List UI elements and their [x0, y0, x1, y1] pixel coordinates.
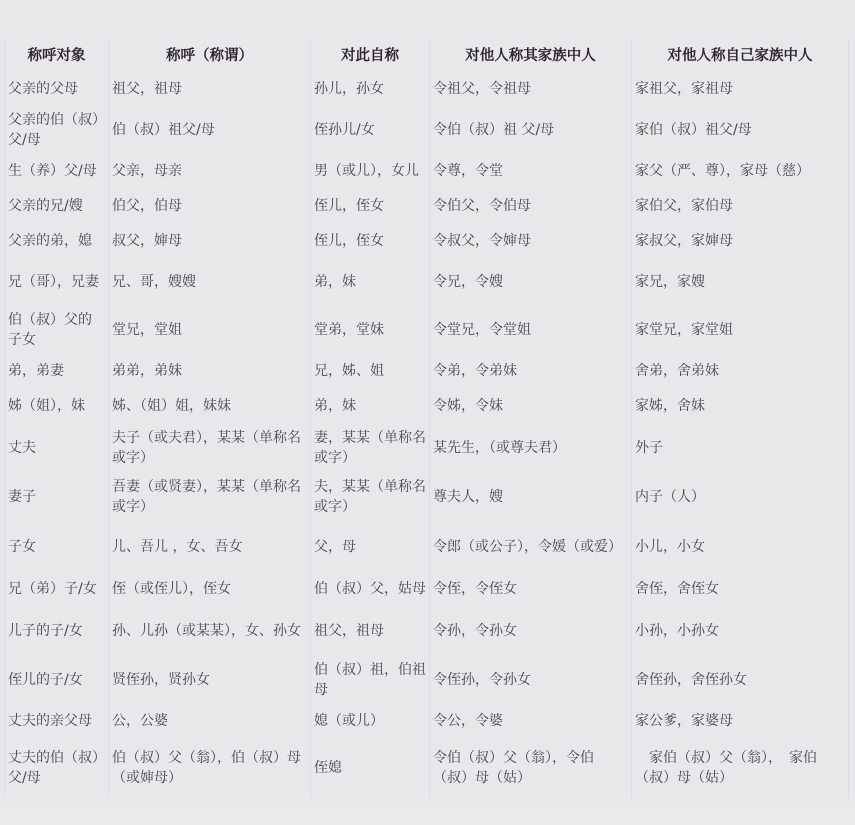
- table-row: 父亲的父母祖父，祖母孙儿，孙女令祖父，令祖母家祖父，家祖母: [5, 72, 849, 106]
- table-row: 侄儿的子/女贤侄孙，贤孙女伯（叔）祖，伯祖母令侄孙，令孙女舍侄孙，舍侄孙女: [5, 656, 849, 704]
- cell-self-reference: 妻，某某（单称名或字）: [311, 424, 430, 472]
- table-row: 父亲的兄/嫂伯父，伯母侄儿，侄女令伯父，令伯母家伯父，家伯母: [5, 188, 849, 224]
- cell-others-family: 令堂兄，令堂姐: [430, 306, 632, 354]
- cell-others-family: 令公，令婆: [430, 704, 632, 738]
- cell-subject: 弟，弟妻: [5, 354, 109, 388]
- cell-self-reference: 祖父，祖母: [311, 606, 430, 656]
- cell-others-family: 令孙，令孙女: [430, 606, 632, 656]
- cell-own-family: 外子: [632, 424, 849, 472]
- cell-subject: 兄（弟）子/女: [5, 572, 109, 606]
- cell-self-reference: 男（或儿），女儿: [311, 154, 430, 188]
- table-row: 丈夫的亲父母公，公婆媳（或儿）令公，令婆家公爹，家婆母: [5, 704, 849, 738]
- cell-self-reference: 侄儿，侄女: [311, 224, 430, 258]
- cell-own-family: 舍弟，舍弟妹: [632, 354, 849, 388]
- cell-others-family: 令弟，令弟妹: [430, 354, 632, 388]
- cell-subject: 父亲的兄/嫂: [5, 188, 109, 224]
- cell-others-family: 令尊，令堂: [430, 154, 632, 188]
- cell-own-family: 家伯父，家伯母: [632, 188, 849, 224]
- cell-address-term: 公，公婆: [109, 704, 311, 738]
- cell-subject: 父亲的父母: [5, 72, 109, 106]
- table-row: 丈夫的伯（叔）父/母伯（叔）父（翁），伯（叔）母（或婶母）侄媳令伯（叔）父（翁）…: [5, 738, 849, 798]
- table-row: 姊（姐），妹姊、（姐）姐，妹妹弟，妹令姊，令妹家姊，舍妹: [5, 388, 849, 424]
- cell-self-reference: 夫，某某（单称名或字）: [311, 472, 430, 522]
- cell-others-family: 尊夫人，嫂: [430, 472, 632, 522]
- header-subject: 称呼对象: [5, 40, 109, 72]
- header-address-term: 称呼（称谓）: [109, 40, 311, 72]
- cell-subject: 丈夫的亲父母: [5, 704, 109, 738]
- cell-subject: 子女: [5, 522, 109, 572]
- cell-address-term: 叔父，婶母: [109, 224, 311, 258]
- cell-subject: 父亲的弟，媳: [5, 224, 109, 258]
- cell-self-reference: 兄，姊、姐: [311, 354, 430, 388]
- cell-subject: 伯（叔）父的子女: [5, 306, 109, 354]
- cell-others-family: 令伯父，令伯母: [430, 188, 632, 224]
- table-header-row: 称呼对象 称呼（称谓） 对此自称 对他人称其家族中人 对他人称自己家族中人: [5, 40, 849, 72]
- cell-own-family: 家公爹，家婆母: [632, 704, 849, 738]
- cell-self-reference: 弟，妹: [311, 388, 430, 424]
- table-row: 弟，弟妻弟弟，弟妹兄，姊、姐令弟，令弟妹舍弟，舍弟妹: [5, 354, 849, 388]
- cell-self-reference: 堂弟，堂妹: [311, 306, 430, 354]
- cell-others-family: 令伯（叔）父（翁），令伯（叔）母（姑）: [430, 738, 632, 798]
- header-others-family: 对他人称其家族中人: [430, 40, 632, 72]
- cell-others-family: 令姊，令妹: [430, 388, 632, 424]
- cell-self-reference: 侄孙儿/女: [311, 106, 430, 154]
- cell-address-term: 兄、哥，嫂嫂: [109, 258, 311, 306]
- table-row: 伯（叔）父的子女堂兄，堂姐堂弟，堂妹令堂兄，令堂姐家堂兄，家堂姐: [5, 306, 849, 354]
- bottom-margin: [0, 808, 855, 825]
- cell-own-family: 舍侄孙，舍侄孙女: [632, 656, 849, 704]
- cell-own-family: 小孙，小孙女: [632, 606, 849, 656]
- header-self-reference: 对此自称: [311, 40, 430, 72]
- cell-self-reference: 孙儿，孙女: [311, 72, 430, 106]
- cell-own-family: 家叔父，家婶母: [632, 224, 849, 258]
- cell-self-reference: 侄媳: [311, 738, 430, 798]
- cell-address-term: 伯父，伯母: [109, 188, 311, 224]
- table-row: 妻子吾妻（或贤妻），某某（单称名或字）夫，某某（单称名或字）尊夫人，嫂内子（人）: [5, 472, 849, 522]
- cell-subject: 丈夫的伯（叔）父/母: [5, 738, 109, 798]
- cell-self-reference: 伯（叔）祖，伯祖母: [311, 656, 430, 704]
- cell-subject: 父亲的伯（叔）父/母: [5, 106, 109, 154]
- cell-own-family: 内子（人）: [632, 472, 849, 522]
- table-row: 父亲的弟，媳叔父，婶母侄儿，侄女令叔父，令婶母家叔父，家婶母: [5, 224, 849, 258]
- cell-address-term: 孙、儿孙（或某某），女、孙女: [109, 606, 311, 656]
- table-row: 生（养）父/母父亲，母亲男（或儿），女儿令尊，令堂家父（严、尊），家母（慈）: [5, 154, 849, 188]
- cell-others-family: 令兄，令嫂: [430, 258, 632, 306]
- cell-subject: 儿子的子/女: [5, 606, 109, 656]
- cell-address-term: 儿、吾儿 ，女、吾女: [109, 522, 311, 572]
- cell-subject: 兄（哥），兄妻: [5, 258, 109, 306]
- table-row: 丈夫夫子（或夫君），某某（单称名或字）妻，某某（单称名或字）某先生，（或尊夫君）…: [5, 424, 849, 472]
- table-row: 兄（哥），兄妻兄、哥，嫂嫂弟，妹令兄，令嫂家兄，家嫂: [5, 258, 849, 306]
- cell-self-reference: 弟，妹: [311, 258, 430, 306]
- cell-others-family: 令侄孙，令孙女: [430, 656, 632, 704]
- cell-subject: 妻子: [5, 472, 109, 522]
- cell-others-family: 令伯（叔）祖 父/母: [430, 106, 632, 154]
- cell-own-family: 家伯（叔）祖父/母: [632, 106, 849, 154]
- cell-address-term: 伯（叔）父（翁），伯（叔）母（或婶母）: [109, 738, 311, 798]
- cell-own-family: 小儿，小女: [632, 522, 849, 572]
- cell-own-family: 家伯（叔）父（翁）， 家伯（叔）母（姑）: [632, 738, 849, 798]
- cell-own-family: 家堂兄，家堂姐: [632, 306, 849, 354]
- cell-others-family: 令侄，令侄女: [430, 572, 632, 606]
- cell-subject: 生（养）父/母: [5, 154, 109, 188]
- top-margin: [0, 0, 855, 40]
- cell-self-reference: 媳（或儿）: [311, 704, 430, 738]
- cell-others-family: 令叔父，令婶母: [430, 224, 632, 258]
- table-row: 兄（弟）子/女侄（或侄儿），侄女伯（叔）父，姑母令侄，令侄女舍侄，舍侄女: [5, 572, 849, 606]
- cell-address-term: 弟弟，弟妹: [109, 354, 311, 388]
- cell-address-term: 堂兄，堂姐: [109, 306, 311, 354]
- cell-subject: 姊（姐），妹: [5, 388, 109, 424]
- cell-address-term: 祖父，祖母: [109, 72, 311, 106]
- cell-self-reference: 伯（叔）父，姑母: [311, 572, 430, 606]
- cell-own-family: 舍侄，舍侄女: [632, 572, 849, 606]
- table-row: 子女儿、吾儿 ，女、吾女父，母令郎（或公子），令媛（或爱）小儿，小女: [5, 522, 849, 572]
- cell-others-family: 令祖父，令祖母: [430, 72, 632, 106]
- cell-others-family: 令郎（或公子），令媛（或爱）: [430, 522, 632, 572]
- cell-self-reference: 侄儿，侄女: [311, 188, 430, 224]
- cell-address-term: 夫子（或夫君），某某（单称名或字）: [109, 424, 311, 472]
- cell-address-term: 父亲，母亲: [109, 154, 311, 188]
- cell-subject: 侄儿的子/女: [5, 656, 109, 704]
- cell-own-family: 家姊，舍妹: [632, 388, 849, 424]
- cell-address-term: 吾妻（或贤妻），某某（单称名或字）: [109, 472, 311, 522]
- cell-address-term: 姊、（姐）姐，妹妹: [109, 388, 311, 424]
- cell-own-family: 家父（严、尊），家母（慈）: [632, 154, 849, 188]
- table-row: 儿子的子/女孙、儿孙（或某某），女、孙女祖父，祖母令孙，令孙女小孙，小孙女: [5, 606, 849, 656]
- kinship-terms-table: 称呼对象 称呼（称谓） 对此自称 对他人称其家族中人 对他人称自己家族中人 父亲…: [4, 40, 849, 798]
- cell-own-family: 家祖父，家祖母: [632, 72, 849, 106]
- cell-address-term: 伯（叔）祖父/母: [109, 106, 311, 154]
- cell-address-term: 侄（或侄儿），侄女: [109, 572, 311, 606]
- cell-address-term: 贤侄孙，贤孙女: [109, 656, 311, 704]
- table-row: 父亲的伯（叔）父/母伯（叔）祖父/母侄孙儿/女令伯（叔）祖 父/母家伯（叔）祖父…: [5, 106, 849, 154]
- cell-self-reference: 父，母: [311, 522, 430, 572]
- cell-others-family: 某先生，（或尊夫君）: [430, 424, 632, 472]
- cell-subject: 丈夫: [5, 424, 109, 472]
- cell-own-family: 家兄，家嫂: [632, 258, 849, 306]
- header-own-family: 对他人称自己家族中人: [632, 40, 849, 72]
